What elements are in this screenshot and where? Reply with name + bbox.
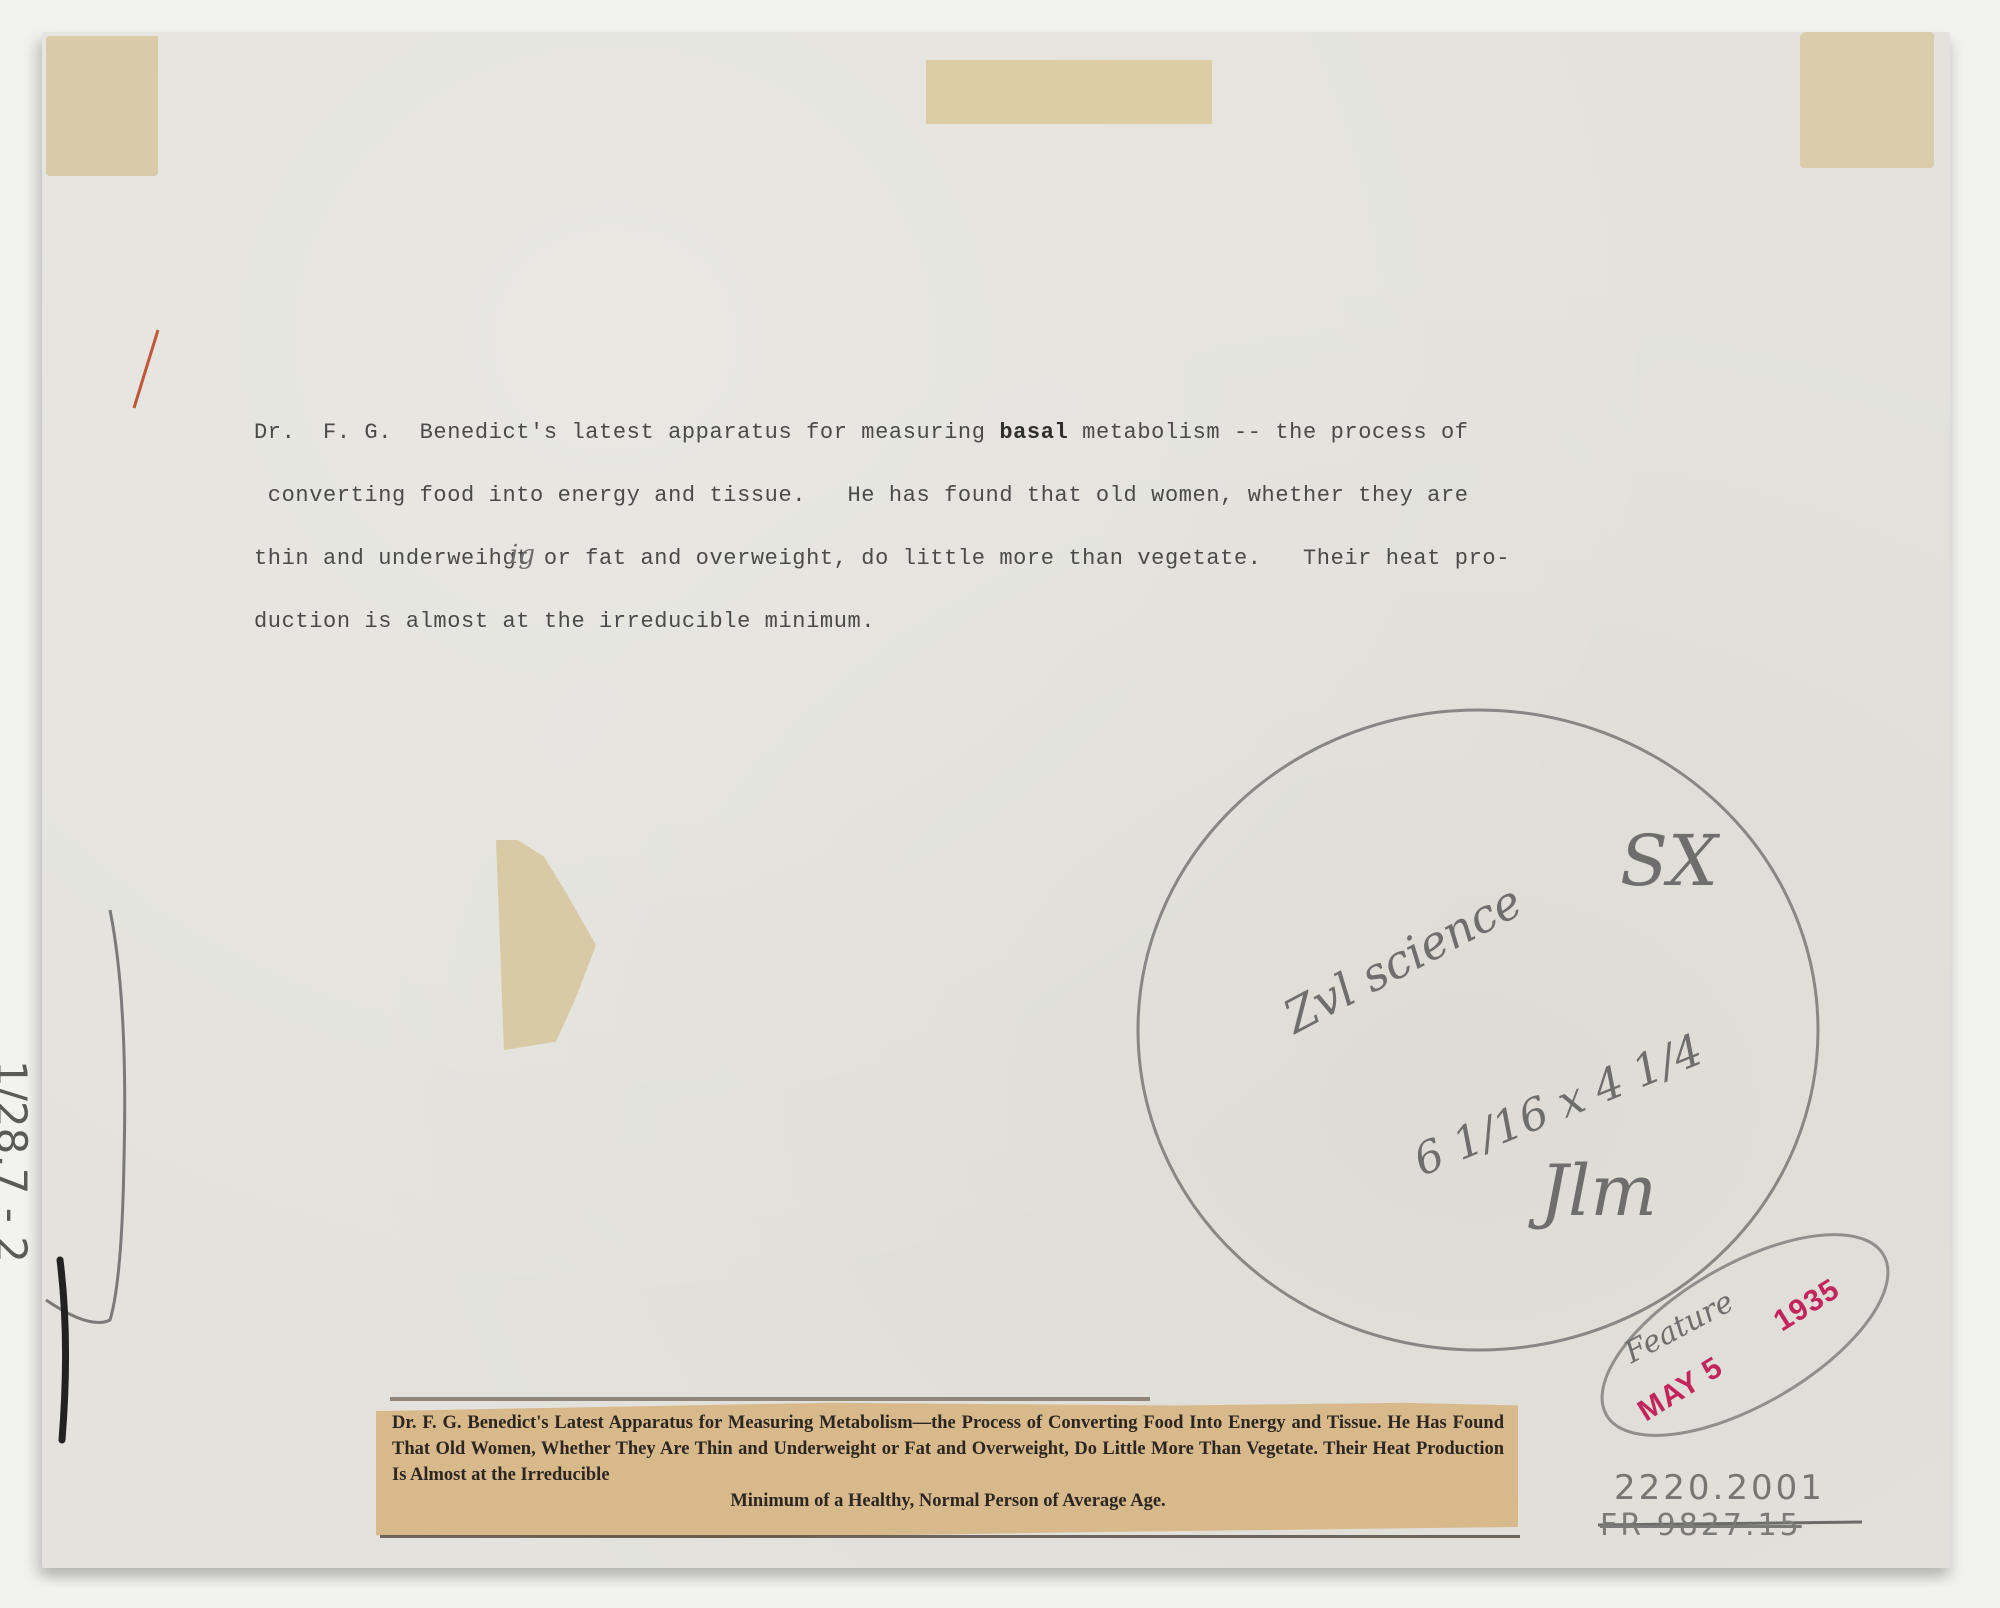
handwritten-correction: ig <box>510 540 535 570</box>
clipping-body: Dr. F. G. Benedict's Latest Apparatus fo… <box>392 1413 1504 1485</box>
clipping-top-rule <box>390 1397 1150 1401</box>
pencil-oval <box>1571 1194 1918 1475</box>
pencil-initials-bottom: Jlm <box>1540 1150 1657 1232</box>
typed-line-4: duction is almost at the irreducible min… <box>254 609 1714 672</box>
clipping-last-line: Minimum of a Healthy, Normal Person of A… <box>392 1488 1504 1514</box>
clipping-text: Dr. F. G. Benedict's Latest Apparatus fo… <box>392 1410 1504 1514</box>
typed-line-3: thin and underweihgt or fat and overweig… <box>254 546 1714 609</box>
typed-line-1: Dr. F. G. Benedict's latest apparatus fo… <box>254 420 1714 483</box>
struck-word: basal <box>999 420 1068 445</box>
clipping-bottom-rule <box>380 1535 1520 1538</box>
pencil-initials-top: SX <box>1620 820 1718 902</box>
side-note: 1/28.7 - 2 <box>0 1060 36 1263</box>
old-number-struck: FR 9827.15 <box>1600 1508 1802 1543</box>
accession-number: 2220.2001 <box>1614 1468 1825 1508</box>
red-scratch <box>134 330 158 408</box>
marker-stroke <box>60 1260 66 1440</box>
typed-line-2: converting food into energy and tissue. … <box>254 483 1714 546</box>
typed-caption: Dr. F. G. Benedict's latest apparatus fo… <box>254 420 1714 672</box>
pencil-circle <box>1138 710 1818 1350</box>
